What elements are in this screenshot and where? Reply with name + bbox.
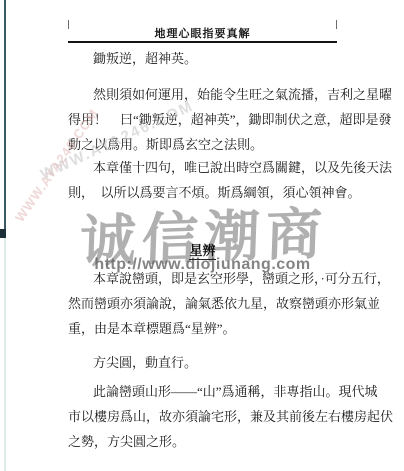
scanned-book-page: WWW.AYA246.COM WWW.AYA246.COM 地理心眼指要真解 鋤… xyxy=(0,0,404,471)
text-line: 市以樓房爲山，故亦須論宅形，兼及其前後左右樓房起伏 xyxy=(68,410,393,424)
text-line: 動之以爲用。斯即爲玄空之法則。 xyxy=(68,138,263,152)
scan-edge-faint-line xyxy=(4,238,6,471)
text-line: 然則須如何運用，始能令生旺之氣流播，吉利之星曜 xyxy=(93,88,392,102)
text-line: 則， 以所以爲要言不煩。斯爲綱領，須心領神會。 xyxy=(68,186,361,200)
text-line: 鋤叛逆，超神英。 xyxy=(93,52,197,66)
text-line: 重，由是本章標題爲“星辨”。 xyxy=(68,322,236,336)
text-line: 本章說巒頭，即是玄空形學，巒頭之形，·可分五行， xyxy=(93,272,390,286)
text-line: 得用！ 曰“鋤叛逆，超神英”，鋤即制伏之意，超即是發 xyxy=(68,113,392,127)
text-line: 方尖圓，動直行。 xyxy=(93,356,197,370)
book-title: 地理心眼指要真解 xyxy=(68,25,337,41)
section-heading: 星辨 xyxy=(68,240,337,259)
text-line: 此論巒頭山形——“山”爲通稱，非專指山。現代城 xyxy=(93,385,378,399)
title-underline-rule xyxy=(68,41,337,43)
text-line: 之勢，方尖圓之形。 xyxy=(68,435,185,449)
scan-edge-mark xyxy=(0,229,6,238)
calligraphy-stamp-watermark: 诚信潮商 xyxy=(57,189,352,279)
section-heading-text: 星辨 xyxy=(189,243,215,260)
scan-edge-line xyxy=(4,0,6,237)
text-line: 然而巒頭亦須論說，論氣悉依九星，故察巒頭亦形氣並 xyxy=(68,297,380,311)
text-line: 本章僅十四句，唯已說出時空爲關鍵，以及先後天法 xyxy=(93,161,392,175)
